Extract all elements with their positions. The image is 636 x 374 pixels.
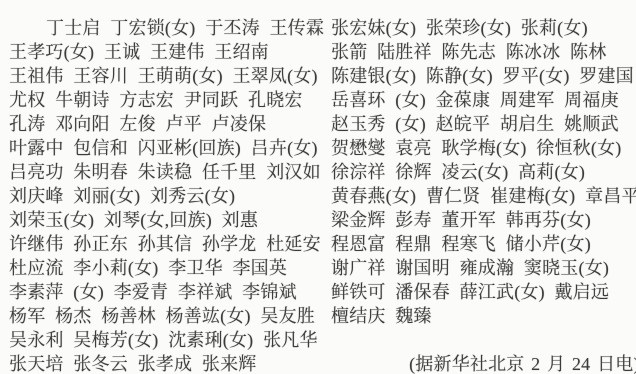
text-line: 尤权 牛朝诗 方志宏 尹同跃 孔晓宏	[9, 88, 331, 112]
text-line: 张宏妹(女) 张荣珍(女) 张莉(女)	[331, 16, 636, 40]
text-line: 陈建银(女) 陈静(女) 罗平(女) 罗建国	[331, 64, 636, 88]
text-line: 杜应流 李小莉(女) 李卫华 李国英	[9, 256, 331, 280]
text-line: 贺懋燮 袁亮 耿学梅(女) 徐恒秋(女)	[331, 136, 636, 160]
text-line: 杨军 杨杰 杨善林 杨善竑(女) 吴友胜	[9, 304, 331, 328]
text-line: 黄春燕(女) 曹仁贤 崔建梅(女) 章昌平	[331, 184, 636, 208]
text-line: 刘荣玉(女) 刘琴(女,回族) 刘惠	[9, 208, 331, 232]
name-column-right: 张宏妹(女) 张荣珍(女) 张莉(女)张箭 陆胜祥 陈先志 陈冰冰 陈林陈建银(…	[331, 16, 636, 374]
text-line: 檀结庆 魏臻	[331, 304, 636, 328]
text-line: 丁士启 丁宏锁(女) 于丕涛 王传霖	[9, 16, 331, 40]
text-line: 李素萍 (女) 李爱青 李祥斌 李锦斌	[9, 280, 331, 304]
dateline: (据新华社北京 2 月 24 日电)	[331, 352, 636, 374]
text-line: 吕亮功 朱明春 朱读稳 任千里 刘汉如	[9, 160, 331, 184]
text-line: 许继伟 孙正东 孙其信 孙学龙 杜延安	[9, 232, 331, 256]
text-line: 孔涛 邓向阳 左俊 卢平 卢凌保	[9, 112, 331, 136]
text-line: 王祖伟 王容川 王萌萌(女) 王翠凤(女)	[9, 64, 331, 88]
text-line: 叶露中 包信和 闪亚彬(回族) 吕卉(女)	[9, 136, 331, 160]
text-line: 梁金辉 彭寿 董开军 韩再芬(女)	[331, 208, 636, 232]
name-list-columns: 丁士启 丁宏锁(女) 于丕涛 王传霖王孝巧(女) 王诚 王建伟 王绍南王祖伟 王…	[9, 16, 636, 374]
text-line: 吴永利 吴梅芳(女) 沈素琍(女) 张凡华	[9, 328, 331, 352]
name-column-right-lines: 张宏妹(女) 张荣珍(女) 张莉(女)张箭 陆胜祥 陈先志 陈冰冰 陈林陈建银(…	[331, 16, 636, 328]
text-line: 赵玉秀 (女) 赵皖平 胡启生 姚顺武	[331, 112, 636, 136]
text-line: 张天培 张冬云 张孝成 张来辉	[9, 352, 331, 374]
text-line: 鲜铁可 潘保春 薛江武(女) 戴启远	[331, 280, 636, 304]
name-column-left: 丁士启 丁宏锁(女) 于丕涛 王传霖王孝巧(女) 王诚 王建伟 王绍南王祖伟 王…	[9, 16, 331, 374]
text-line: 岳喜环 (女) 金葆康 周建军 周福庚	[331, 88, 636, 112]
text-line: 王孝巧(女) 王诚 王建伟 王绍南	[9, 40, 331, 64]
text-line: 刘庆峰 刘丽(女) 刘秀云(女)	[9, 184, 331, 208]
text-line: 张箭 陆胜祥 陈先志 陈冰冰 陈林	[331, 40, 636, 64]
document-page: 丁士启 丁宏锁(女) 于丕涛 王传霖王孝巧(女) 王诚 王建伟 王绍南王祖伟 王…	[0, 0, 636, 374]
text-line: 谢广祥 谢国明 雍成瀚 窦晓玉(女)	[331, 256, 636, 280]
text-line: 徐淙祥 徐辉 凌云(女) 高莉(女)	[331, 160, 636, 184]
text-line: 程恩富 程鼎 程寒飞 储小芹(女)	[331, 232, 636, 256]
